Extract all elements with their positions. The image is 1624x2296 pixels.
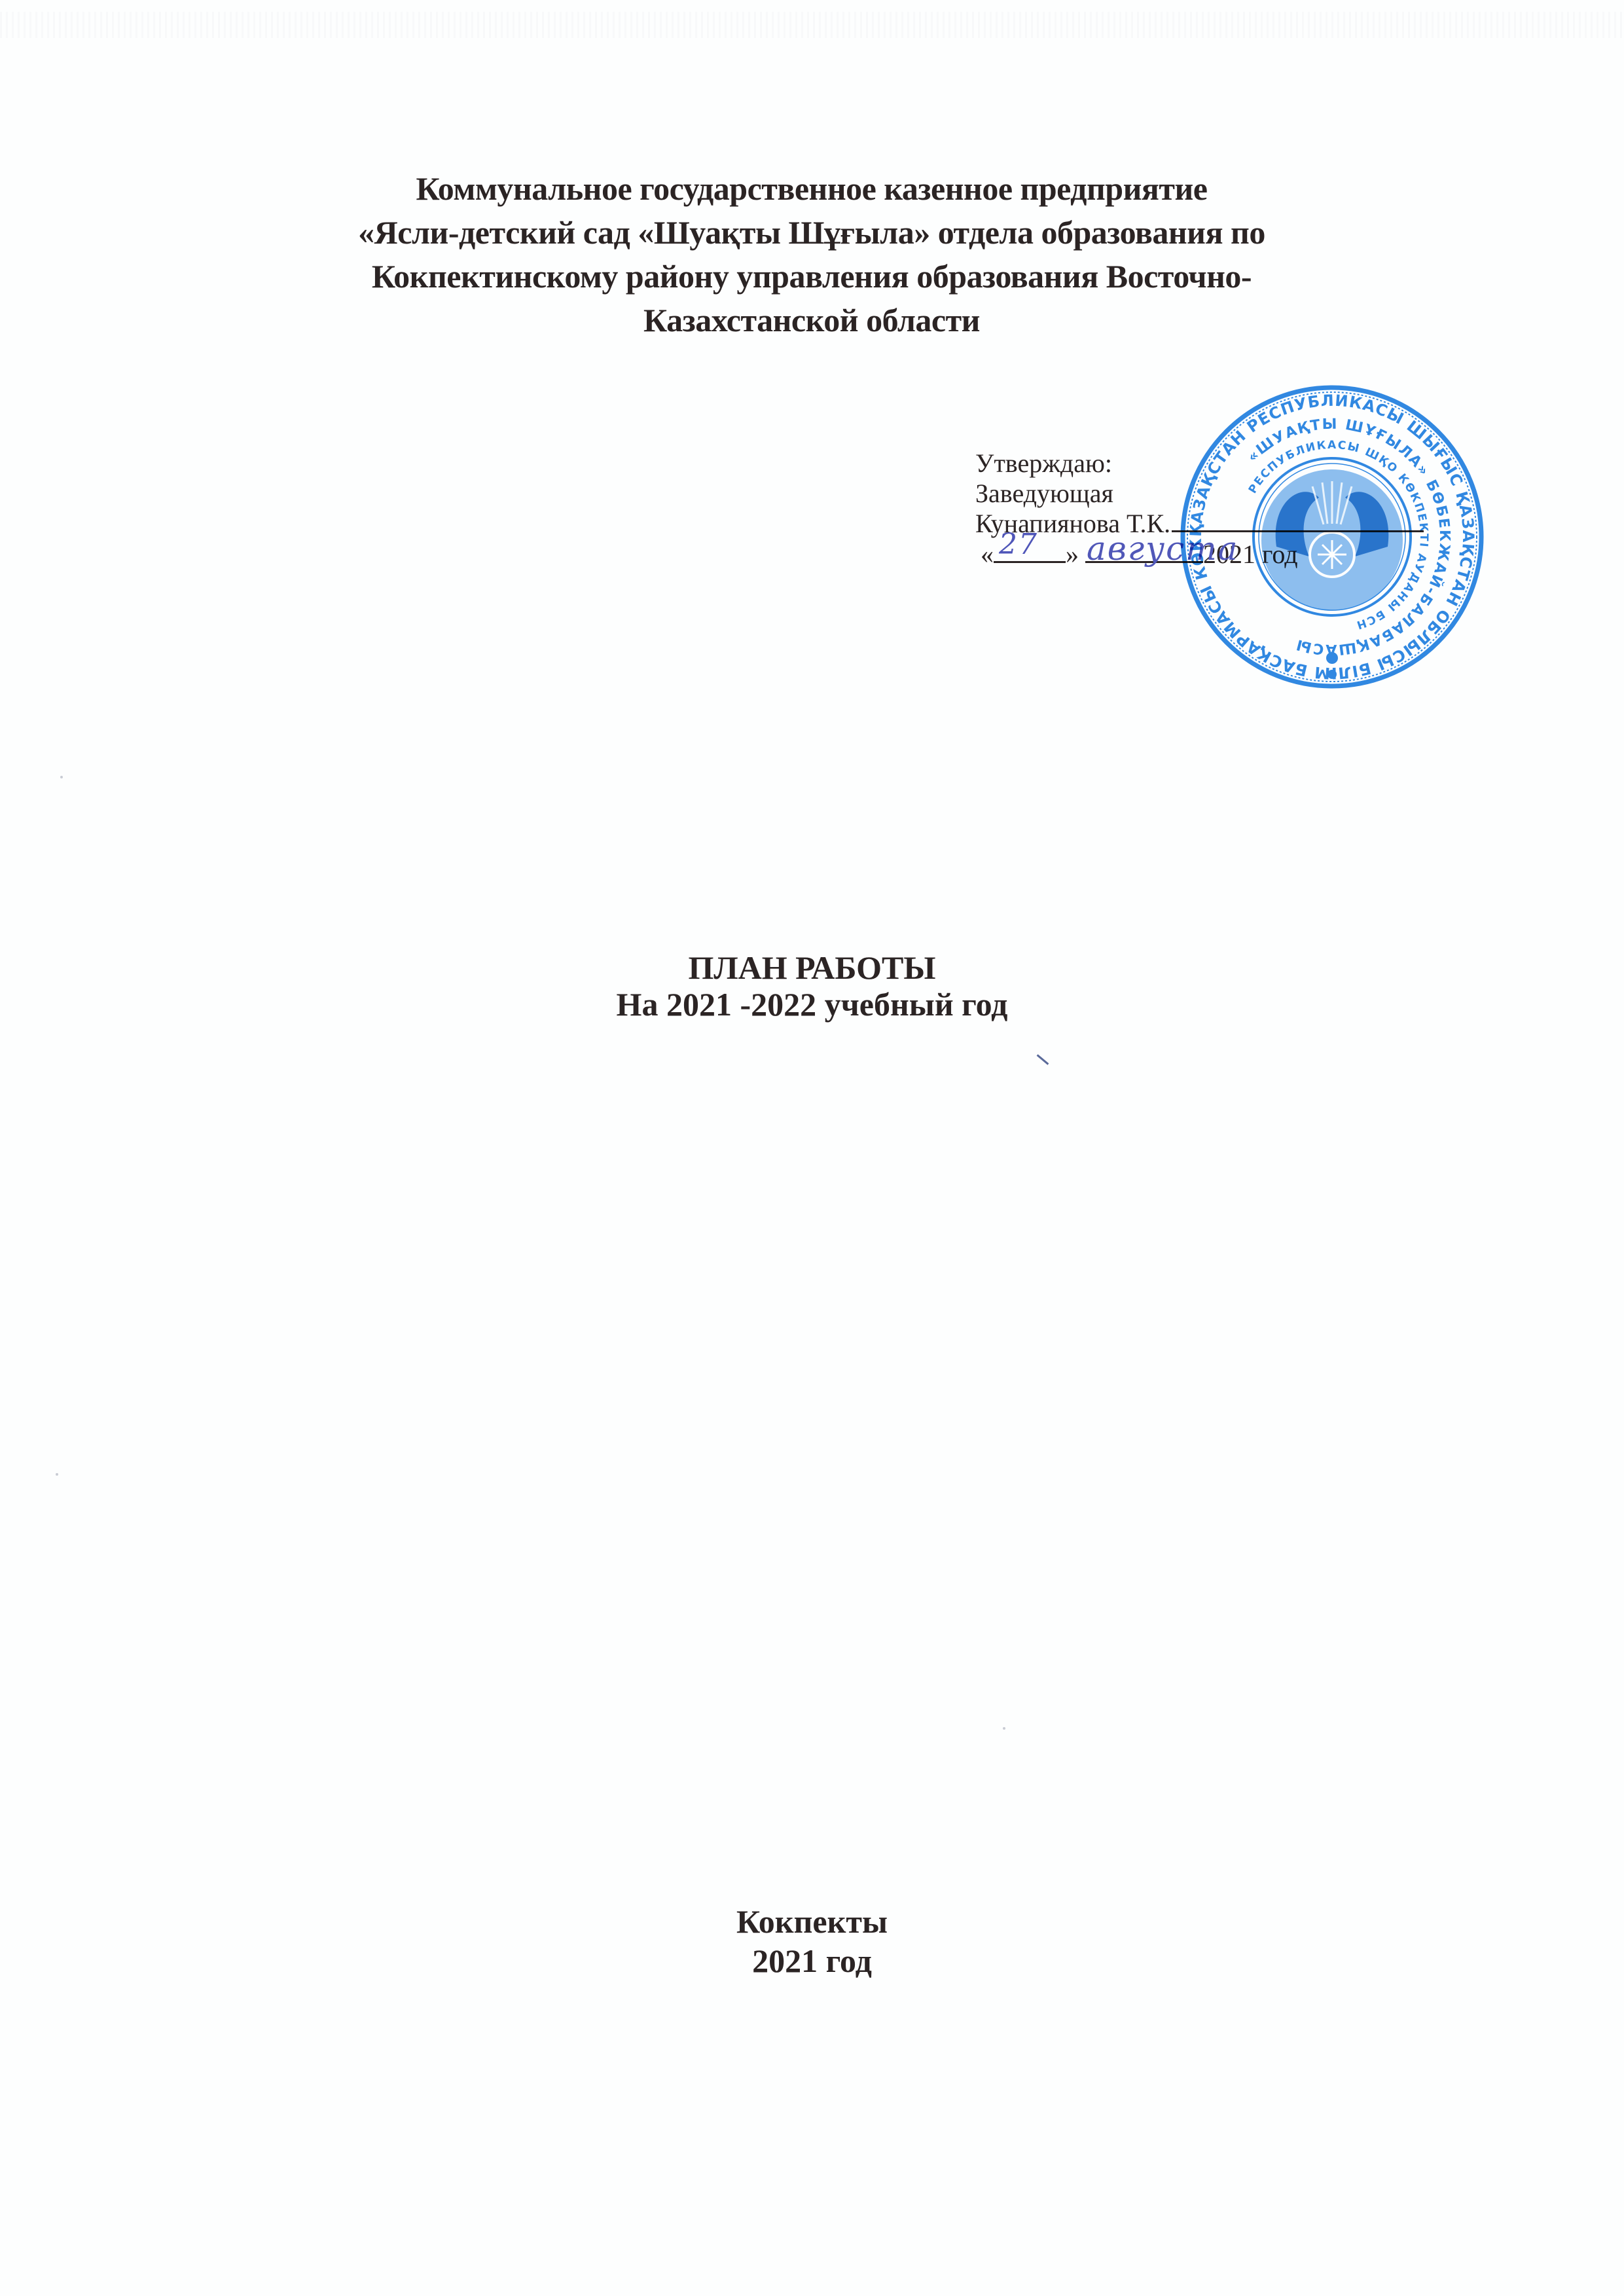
official-stamp-icon: ҚАЗАҚСТАН РЕСПУБЛИКАСЫ ШЫҒЫС ҚАЗАҚСТАН О…	[1178, 383, 1486, 691]
pen-mark	[1037, 1054, 1049, 1065]
date-open-quote: «	[981, 539, 994, 569]
date-close-quote: »	[1066, 539, 1079, 569]
handwritten-day: 27	[999, 530, 1038, 560]
document-title: ПЛАН РАБОТЫ На 2021 -2022 учебный год	[0, 949, 1624, 1023]
title-line-1: ПЛАН РАБОТЫ	[0, 949, 1624, 986]
scan-speck	[60, 776, 63, 778]
title-line-2: На 2021 -2022 учебный год	[0, 986, 1624, 1023]
document-footer: Кокпекты 2021 год	[0, 1902, 1624, 1980]
scan-artifact-band	[0, 12, 1624, 38]
scan-speck	[56, 1473, 58, 1476]
header-line-2: «Ясли-детский сад «Шуақты Шұғыла» отдела…	[275, 211, 1348, 255]
organization-header: Коммунальное государственное казенное пр…	[275, 167, 1348, 342]
day-blank: 27	[994, 539, 1066, 563]
scan-speck	[1003, 1727, 1005, 1730]
header-line-1: Коммунальное государственное казенное пр…	[275, 167, 1348, 211]
footer-city: Кокпекты	[0, 1902, 1624, 1941]
header-line-4: Казахстанской области	[275, 299, 1348, 342]
footer-year: 2021 год	[0, 1941, 1624, 1980]
header-line-3: Кокпектинскому району управления образов…	[275, 255, 1348, 299]
